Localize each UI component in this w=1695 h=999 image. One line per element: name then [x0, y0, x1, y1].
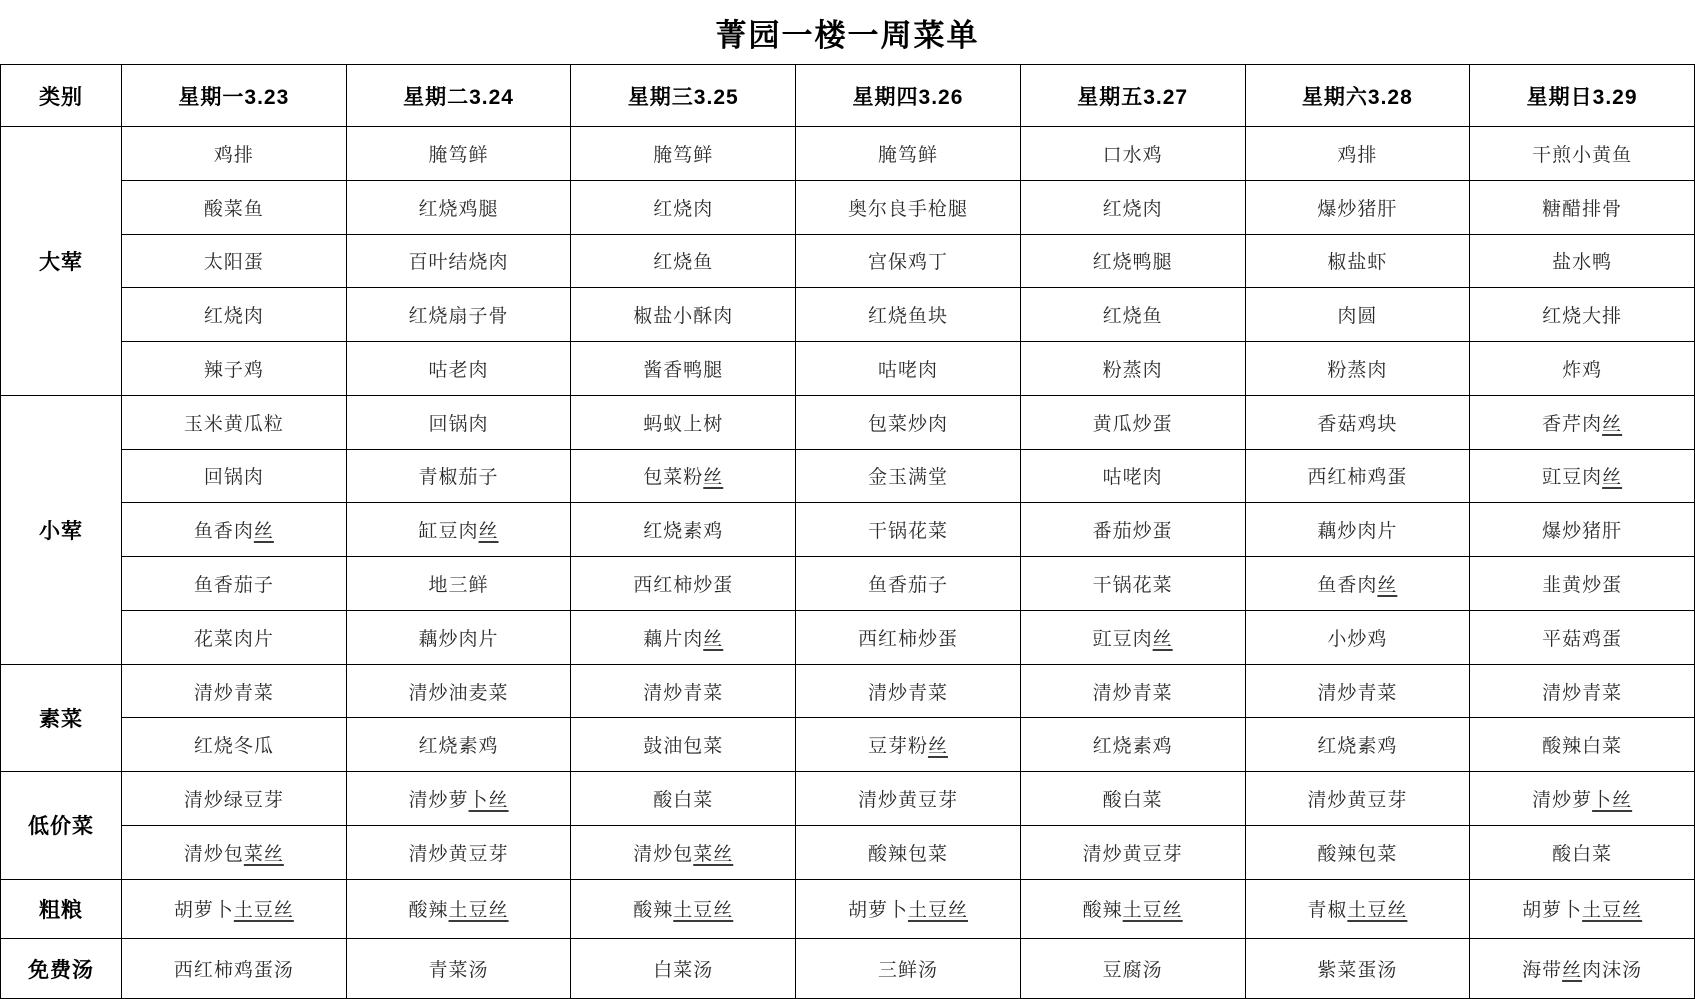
dish-cell: 胡萝卜土豆丝	[796, 879, 1021, 939]
dish-cell: 红烧肉	[1020, 180, 1245, 234]
dish-cell: 金玉满堂	[796, 449, 1021, 503]
day-header: 星期日3.29	[1470, 65, 1695, 127]
dish-cell: 红烧素鸡	[1020, 718, 1245, 772]
dish-cell: 爆炒猪肝	[1245, 180, 1470, 234]
table-row: 素菜清炒青菜清炒油麦菜清炒青菜清炒青菜清炒青菜清炒青菜清炒青菜	[1, 664, 1695, 718]
dish-cell: 青菜汤	[346, 939, 571, 999]
dish-cell: 豇豆肉丝	[1020, 610, 1245, 664]
dish-cell: 红烧素鸡	[346, 718, 571, 772]
dish-cell: 胡萝卜土豆丝	[122, 879, 347, 939]
dish-cell: 酸辣土豆丝	[1020, 879, 1245, 939]
dish-cell: 清炒青菜	[122, 664, 347, 718]
dish-cell: 西红柿炒蛋	[796, 610, 1021, 664]
dish-cell: 海带丝肉沫汤	[1470, 939, 1695, 999]
dish-cell: 西红柿炒蛋	[571, 557, 796, 611]
dish-cell: 红烧鸡腿	[346, 180, 571, 234]
dish-cell: 番茄炒蛋	[1020, 503, 1245, 557]
dish-cell: 包菜粉丝	[571, 449, 796, 503]
dish-cell: 太阳蛋	[122, 234, 347, 288]
dish-cell: 清炒青菜	[1470, 664, 1695, 718]
dish-cell: 豆芽粉丝	[796, 718, 1021, 772]
day-header: 星期四3.26	[796, 65, 1021, 127]
category-cell: 粗粮	[1, 879, 122, 939]
dish-cell: 盐水鸭	[1470, 234, 1695, 288]
dish-cell: 回锅肉	[346, 395, 571, 449]
dish-cell: 西红柿鸡蛋	[1245, 449, 1470, 503]
dish-cell: 清炒青菜	[796, 664, 1021, 718]
dish-cell: 酸白菜	[571, 772, 796, 826]
dish-cell: 白菜汤	[571, 939, 796, 999]
table-row: 辣子鸡咕老肉酱香鸭腿咕咾肉粉蒸肉粉蒸肉炸鸡	[1, 342, 1695, 396]
dish-cell: 鱼香肉丝	[1245, 557, 1470, 611]
category-cell: 素菜	[1, 664, 122, 772]
dish-cell: 红烧肉	[571, 180, 796, 234]
dish-cell: 豇豆肉丝	[1470, 449, 1695, 503]
dish-cell: 清炒油麦菜	[346, 664, 571, 718]
dish-cell: 香菇鸡块	[1245, 395, 1470, 449]
dish-cell: 鱼香肉丝	[122, 503, 347, 557]
table-row: 回锅肉青椒茄子包菜粉丝金玉满堂咕咾肉西红柿鸡蛋豇豆肉丝	[1, 449, 1695, 503]
dish-cell: 酸辣土豆丝	[346, 879, 571, 939]
table-row: 鱼香肉丝缸豆肉丝红烧素鸡干锅花菜番茄炒蛋藕炒肉片爆炒猪肝	[1, 503, 1695, 557]
dish-cell: 奥尔良手枪腿	[796, 180, 1021, 234]
table-row: 红烧肉红烧扇子骨椒盐小酥肉红烧鱼块红烧鱼肉圆红烧大排	[1, 288, 1695, 342]
table-row: 免费汤西红柿鸡蛋汤青菜汤白菜汤三鲜汤豆腐汤紫菜蛋汤海带丝肉沫汤	[1, 939, 1695, 999]
weekly-menu-table: 类别 星期一3.23星期二3.24星期三3.25星期四3.26星期五3.27星期…	[0, 64, 1695, 999]
dish-cell: 藕片肉丝	[571, 610, 796, 664]
dish-cell: 粉蒸肉	[1245, 342, 1470, 396]
dish-cell: 清炒青菜	[1245, 664, 1470, 718]
dish-cell: 花菜肉片	[122, 610, 347, 664]
dish-cell: 鸡排	[1245, 127, 1470, 181]
dish-cell: 酸菜鱼	[122, 180, 347, 234]
dish-cell: 清炒黄豆芽	[346, 825, 571, 879]
dish-cell: 咕咾肉	[1020, 449, 1245, 503]
dish-cell: 红烧鱼	[571, 234, 796, 288]
dish-cell: 清炒黄豆芽	[796, 772, 1021, 826]
dish-cell: 鱼香茄子	[796, 557, 1021, 611]
table-header-row: 类别 星期一3.23星期二3.24星期三3.25星期四3.26星期五3.27星期…	[1, 65, 1695, 127]
table-row: 大荤鸡排腌笃鲜腌笃鲜腌笃鲜口水鸡鸡排干煎小黄鱼	[1, 127, 1695, 181]
table-body: 大荤鸡排腌笃鲜腌笃鲜腌笃鲜口水鸡鸡排干煎小黄鱼酸菜鱼红烧鸡腿红烧肉奥尔良手枪腿红…	[1, 127, 1695, 999]
dish-cell: 腌笃鲜	[571, 127, 796, 181]
dish-cell: 清炒萝卜丝	[1470, 772, 1695, 826]
dish-cell: 鼓油包菜	[571, 718, 796, 772]
dish-cell: 糖醋排骨	[1470, 180, 1695, 234]
dish-cell: 玉米黄瓜粒	[122, 395, 347, 449]
dish-cell: 平菇鸡蛋	[1470, 610, 1695, 664]
corner-header: 类别	[1, 65, 122, 127]
day-header: 星期六3.28	[1245, 65, 1470, 127]
dish-cell: 咕咾肉	[796, 342, 1021, 396]
dish-cell: 胡萝卜土豆丝	[1470, 879, 1695, 939]
day-header: 星期三3.25	[571, 65, 796, 127]
category-cell: 小荤	[1, 395, 122, 664]
table-row: 清炒包菜丝清炒黄豆芽清炒包菜丝酸辣包菜清炒黄豆芽酸辣包菜酸白菜	[1, 825, 1695, 879]
day-header: 星期二3.24	[346, 65, 571, 127]
dish-cell: 酸辣土豆丝	[571, 879, 796, 939]
table-row: 酸菜鱼红烧鸡腿红烧肉奥尔良手枪腿红烧肉爆炒猪肝糖醋排骨	[1, 180, 1695, 234]
dish-cell: 青椒土豆丝	[1245, 879, 1470, 939]
category-cell: 低价菜	[1, 772, 122, 880]
dish-cell: 红烧素鸡	[571, 503, 796, 557]
dish-cell: 清炒青菜	[571, 664, 796, 718]
dish-cell: 酱香鸭腿	[571, 342, 796, 396]
dish-cell: 肉圆	[1245, 288, 1470, 342]
table-row: 花菜肉片藕炒肉片藕片肉丝西红柿炒蛋豇豆肉丝小炒鸡平菇鸡蛋	[1, 610, 1695, 664]
dish-cell: 蚂蚁上树	[571, 395, 796, 449]
day-header: 星期一3.23	[122, 65, 347, 127]
dish-cell: 紫菜蛋汤	[1245, 939, 1470, 999]
dish-cell: 红烧鸭腿	[1020, 234, 1245, 288]
dish-cell: 百叶结烧肉	[346, 234, 571, 288]
dish-cell: 香芹肉丝	[1470, 395, 1695, 449]
dish-cell: 豆腐汤	[1020, 939, 1245, 999]
dish-cell: 清炒包菜丝	[571, 825, 796, 879]
dish-cell: 酸白菜	[1020, 772, 1245, 826]
dish-cell: 红烧大排	[1470, 288, 1695, 342]
dish-cell: 西红柿鸡蛋汤	[122, 939, 347, 999]
dish-cell: 缸豆肉丝	[346, 503, 571, 557]
dish-cell: 藕炒肉片	[346, 610, 571, 664]
dish-cell: 咕老肉	[346, 342, 571, 396]
dish-cell: 清炒萝卜丝	[346, 772, 571, 826]
dish-cell: 藕炒肉片	[1245, 503, 1470, 557]
dish-cell: 清炒青菜	[1020, 664, 1245, 718]
page-title: 菁园一楼一周菜单	[0, 0, 1695, 64]
day-header: 星期五3.27	[1020, 65, 1245, 127]
table-row: 低价菜清炒绿豆芽清炒萝卜丝酸白菜清炒黄豆芽酸白菜清炒黄豆芽清炒萝卜丝	[1, 772, 1695, 826]
category-cell: 免费汤	[1, 939, 122, 999]
dish-cell: 清炒包菜丝	[122, 825, 347, 879]
dish-cell: 干锅花菜	[1020, 557, 1245, 611]
dish-cell: 红烧鱼	[1020, 288, 1245, 342]
dish-cell: 地三鲜	[346, 557, 571, 611]
dish-cell: 清炒黄豆芽	[1020, 825, 1245, 879]
dish-cell: 宫保鸡丁	[796, 234, 1021, 288]
dish-cell: 腌笃鲜	[346, 127, 571, 181]
dish-cell: 三鲜汤	[796, 939, 1021, 999]
table-row: 小荤玉米黄瓜粒回锅肉蚂蚁上树包菜炒肉黄瓜炒蛋香菇鸡块香芹肉丝	[1, 395, 1695, 449]
table-row: 粗粮胡萝卜土豆丝酸辣土豆丝酸辣土豆丝胡萝卜土豆丝酸辣土豆丝青椒土豆丝胡萝卜土豆丝	[1, 879, 1695, 939]
dish-cell: 回锅肉	[122, 449, 347, 503]
dish-cell: 爆炒猪肝	[1470, 503, 1695, 557]
dish-cell: 清炒绿豆芽	[122, 772, 347, 826]
dish-cell: 腌笃鲜	[796, 127, 1021, 181]
dish-cell: 包菜炒肉	[796, 395, 1021, 449]
table-row: 红烧冬瓜红烧素鸡鼓油包菜豆芽粉丝红烧素鸡红烧素鸡酸辣白菜	[1, 718, 1695, 772]
dish-cell: 干煎小黄鱼	[1470, 127, 1695, 181]
table-row: 鱼香茄子地三鲜西红柿炒蛋鱼香茄子干锅花菜鱼香肉丝韭黄炒蛋	[1, 557, 1695, 611]
dish-cell: 红烧冬瓜	[122, 718, 347, 772]
category-cell: 大荤	[1, 127, 122, 396]
dish-cell: 鸡排	[122, 127, 347, 181]
dish-cell: 椒盐小酥肉	[571, 288, 796, 342]
dish-cell: 小炒鸡	[1245, 610, 1470, 664]
dish-cell: 干锅花菜	[796, 503, 1021, 557]
dish-cell: 口水鸡	[1020, 127, 1245, 181]
dish-cell: 粉蒸肉	[1020, 342, 1245, 396]
dish-cell: 椒盐虾	[1245, 234, 1470, 288]
dish-cell: 酸辣包菜	[1245, 825, 1470, 879]
dish-cell: 红烧素鸡	[1245, 718, 1470, 772]
dish-cell: 炸鸡	[1470, 342, 1695, 396]
dish-cell: 红烧肉	[122, 288, 347, 342]
dish-cell: 韭黄炒蛋	[1470, 557, 1695, 611]
dish-cell: 清炒黄豆芽	[1245, 772, 1470, 826]
dish-cell: 酸辣白菜	[1470, 718, 1695, 772]
dish-cell: 青椒茄子	[346, 449, 571, 503]
dish-cell: 黄瓜炒蛋	[1020, 395, 1245, 449]
dish-cell: 鱼香茄子	[122, 557, 347, 611]
dish-cell: 红烧鱼块	[796, 288, 1021, 342]
dish-cell: 辣子鸡	[122, 342, 347, 396]
dish-cell: 酸辣包菜	[796, 825, 1021, 879]
dish-cell: 酸白菜	[1470, 825, 1695, 879]
table-row: 太阳蛋百叶结烧肉红烧鱼宫保鸡丁红烧鸭腿椒盐虾盐水鸭	[1, 234, 1695, 288]
dish-cell: 红烧扇子骨	[346, 288, 571, 342]
